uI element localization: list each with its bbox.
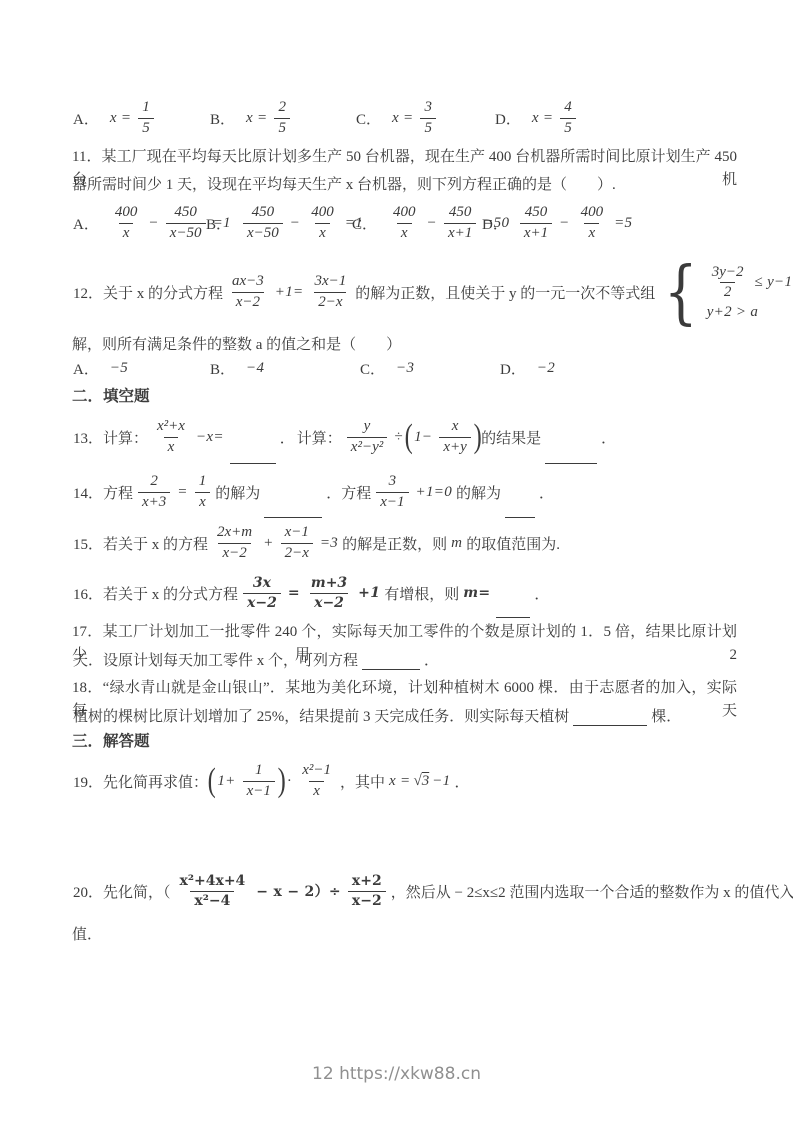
left-parenthesis: (: [404, 422, 412, 453]
minus-operator: −: [287, 215, 303, 232]
fraction-numerator: 400: [577, 203, 608, 223]
fraction-denominator: x²−4: [190, 891, 234, 910]
fraction-numerator: 400: [307, 203, 338, 223]
fraction-denominator: x−50: [243, 223, 283, 244]
system-row-2: y+2 > a: [704, 303, 762, 322]
option-value: −3: [393, 360, 417, 377]
fraction-denominator: x+3: [138, 492, 170, 513]
fraction-numerator: 1: [195, 472, 211, 492]
fraction-denominator: 2−x: [314, 292, 346, 313]
system-row-1: 3y−22 ≤ y−1: [704, 263, 793, 303]
fraction: 400x: [577, 203, 608, 243]
option-label: A．: [73, 108, 99, 129]
option-label: D．: [495, 108, 521, 129]
text-run: 天．设原计划每天加工零件 x 个，可列方程: [72, 649, 359, 670]
text-run: 16．若关于 x 的分式方程: [72, 583, 239, 604]
answer-blank: [362, 654, 420, 670]
option-label: A．: [73, 358, 99, 379]
fraction: 3xx−2: [243, 574, 281, 611]
fraction: 400x: [111, 203, 142, 243]
option-d: D． x = 45: [495, 98, 737, 138]
fraction-numerator: x−1: [281, 523, 313, 543]
fraction-numerator: 450: [445, 203, 476, 223]
math-run: m=: [460, 585, 493, 601]
fraction: yx²−y²: [347, 417, 387, 457]
option-label: A．: [73, 213, 99, 234]
text-run: 的取值范围为.: [465, 533, 561, 554]
text-run: 计算：: [296, 427, 343, 448]
option-label: D．: [500, 358, 526, 379]
fraction-numerator: 3x: [249, 574, 275, 592]
fraction-denominator: x: [164, 437, 179, 458]
radicand: 3: [422, 773, 430, 790]
text-run: 的解是正数，则: [341, 533, 448, 554]
question-15: 15．若关于 x 的方程 2x+mx−2 + x−12−x =3 的解是正数，则…: [72, 517, 737, 569]
option-d: D． 450x+1 − 400x =5: [482, 203, 737, 243]
math-run: ≤ y−1: [751, 273, 793, 292]
fraction-denominator: 5: [420, 118, 436, 139]
text-run: 15．若关于 x 的方程: [72, 533, 209, 554]
fraction: x+2x−2: [348, 872, 386, 909]
option-label: C．: [356, 108, 381, 129]
option-a: A． 400x − 450x−50 =1: [73, 203, 206, 243]
math-run: x =: [107, 110, 134, 127]
math-run: =5: [611, 215, 635, 232]
plus-operator: +: [260, 535, 276, 552]
question-16: 16．若关于 x 的分式方程 3xx−2 = m+3x−2 +1 有增根，则 m…: [72, 568, 737, 618]
question-12-text-line-2: 解，则所有满足条件的整数 a 的值之和是（ ）: [72, 334, 737, 357]
option-c: C． −3: [360, 358, 500, 379]
answer-blank: [230, 448, 276, 464]
question-17-text-line-2: 天．设原计划每天加工零件 x 个，可列方程 ．: [72, 649, 737, 670]
math-run: x =: [529, 110, 556, 127]
fraction-numerator: x: [448, 417, 463, 437]
fraction-numerator: 1: [251, 761, 267, 781]
fraction: 25: [274, 98, 290, 138]
question-12-options-row: A． −5 B． −4 C． −3 D． −2: [73, 356, 737, 380]
fraction: 450x−50: [166, 203, 206, 243]
option-b: B． −4: [210, 358, 360, 379]
text-run: 14．方程: [72, 482, 134, 503]
fraction-denominator: x²−y²: [347, 437, 387, 458]
option-d: D． −2: [500, 358, 737, 379]
fraction-numerator: x²+x: [153, 417, 189, 437]
fraction: 450x−50: [243, 203, 283, 243]
fraction: 2x+3: [138, 472, 170, 512]
math-run: x =: [243, 110, 270, 127]
math-run: +1: [355, 585, 383, 601]
question-14: 14．方程 2x+3 = 1x 的解为 ．方程 3x−1 +1=0 的解为 ．: [72, 466, 737, 518]
fraction-numerator: x+2: [348, 872, 386, 890]
option-c: C． 400x − 450x+1 =50: [352, 203, 482, 243]
fraction-denominator: 5: [274, 118, 290, 139]
text-run: ．: [453, 771, 470, 792]
equals-sign: =: [174, 484, 190, 501]
fraction-denominator: x: [584, 223, 599, 244]
fraction: m+3x−2: [307, 574, 351, 611]
text-run: ．: [600, 427, 617, 448]
system-brace: {: [664, 259, 698, 325]
math-run: +1=0: [413, 484, 455, 501]
fraction-denominator: 2−x: [281, 543, 313, 564]
option-a: A． x = 15: [73, 98, 210, 138]
fraction-numerator: 4: [560, 98, 576, 118]
fraction-numerator: 450: [521, 203, 552, 223]
fraction-numerator: 3y−2: [708, 263, 748, 283]
fraction-numerator: 400: [389, 203, 420, 223]
text-run: ．: [538, 482, 555, 503]
fraction-numerator: 1: [138, 98, 154, 118]
fraction-denominator: x−2: [243, 593, 281, 612]
fraction-denominator: x−1: [376, 492, 408, 513]
math-run: 1−: [411, 429, 435, 446]
text-run: 的结果是: [480, 427, 542, 448]
fraction-numerator: m+3: [307, 574, 351, 592]
text-run: 13．计算：: [72, 427, 149, 448]
fraction-denominator: x+y: [439, 437, 470, 458]
fraction: 45: [560, 98, 576, 138]
text-run: 12．关于 x 的分式方程: [72, 282, 224, 303]
minus-operator: −: [556, 215, 572, 232]
fraction: 450x+1: [444, 203, 476, 243]
fraction-denominator: 2: [720, 282, 736, 303]
answer-blank: [496, 603, 530, 618]
equals-sign: =: [285, 585, 303, 601]
option-value: −2: [534, 360, 558, 377]
option-label: C．: [360, 358, 385, 379]
text-run: ．: [279, 427, 296, 448]
fraction-denominator: x−2: [348, 891, 386, 910]
fraction-numerator: x²+4x+4: [176, 872, 250, 890]
text-run: 的解为正数，且使关于 y 的一元一次不等式组: [354, 282, 656, 303]
fraction-denominator: x: [315, 223, 330, 244]
minus-operator: −: [424, 215, 440, 232]
fraction: 450x+1: [520, 203, 552, 243]
answer-blank: [545, 448, 597, 464]
fraction: 3x−12−x: [310, 272, 350, 312]
text-run: 的解为: [455, 482, 502, 503]
math-run: 1+: [214, 773, 238, 790]
fraction-denominator: x: [119, 223, 134, 244]
fraction: 3x−1: [376, 472, 408, 512]
option-b: B． x = 25: [210, 98, 356, 138]
option-b: B． 450x−50 − 400x =1: [206, 203, 352, 243]
fraction-numerator: 3: [385, 472, 401, 492]
fraction-numerator: y: [360, 417, 375, 437]
text-run: 棵．: [650, 705, 682, 726]
option-a: A． −5: [73, 358, 210, 379]
text-run: 有增根，则: [383, 583, 460, 604]
math-run: =3: [317, 535, 341, 552]
option-c: C． x = 35: [356, 98, 495, 138]
fraction: 1x: [195, 472, 211, 512]
section-heading-fill-in-blank: 二．填空题: [72, 384, 737, 406]
option-label: B．: [210, 108, 235, 129]
worksheet-page: A． x = 15 B． x = 25 C． x = 35 D． x = 45 …: [0, 0, 793, 1122]
math-run: x =: [386, 773, 413, 790]
question-20: 20．先化简，（ x²+4x+4x²−4 − x − 2）÷ x+2x−2 ，然…: [72, 862, 737, 920]
fraction: x²+4x+4x²−4: [176, 872, 250, 909]
fraction: 2x+mx−2: [213, 523, 256, 563]
math-run: −x=: [193, 429, 227, 446]
question-11-options-row: A． 400x − 450x−50 =1 B． 450x−50 − 400x =…: [73, 197, 737, 249]
radical-sign: √: [413, 773, 421, 790]
text-run: ，然后从 − 2≤x≤2 范围内选取一个合适的整数作为 x 的值代入求: [390, 881, 793, 902]
question-13: 13．计算： x²+xx −x= ． 计算： yx²−y² ÷ ( 1− xx+…: [72, 410, 737, 464]
fraction-numerator: ax−3: [228, 272, 268, 292]
fraction-denominator: x: [195, 492, 210, 513]
fraction-denominator: 5: [560, 118, 576, 139]
answer-blank: [505, 502, 535, 518]
left-parenthesis: (: [208, 766, 216, 797]
text-run: ，其中: [339, 771, 386, 792]
minus-operator: −: [145, 215, 161, 232]
fraction-numerator: 2: [146, 472, 162, 492]
fraction: 35: [420, 98, 436, 138]
text-run: 的解为: [214, 482, 261, 503]
math-run: y+2 > a: [704, 303, 762, 322]
fraction-numerator: 2x+m: [213, 523, 256, 543]
fraction-denominator: x−2: [218, 543, 250, 564]
answer-blank: [264, 502, 322, 518]
system-body: 3y−22 ≤ y−1 y+2 > a: [704, 263, 793, 322]
fraction-denominator: x+1: [444, 223, 476, 244]
fraction: x²+xx: [153, 417, 189, 457]
math-run: x =: [389, 110, 416, 127]
question-20-text-line-2: 值．: [72, 924, 737, 947]
right-parenthesis: ): [277, 766, 285, 797]
fraction-numerator: 2: [274, 98, 290, 118]
fraction: xx+y: [439, 417, 470, 457]
fraction-denominator: x: [397, 223, 412, 244]
fraction-numerator: 450: [170, 203, 201, 223]
question-12-text-line-1: 12．关于 x 的分式方程 ax−3x−2 +1= 3x−12−x 的解为正数，…: [72, 252, 737, 332]
fraction: ax−3x−2: [228, 272, 268, 312]
fraction-numerator: x²−1: [298, 761, 335, 781]
fraction-denominator: x+1: [520, 223, 552, 244]
question-18-text-line-2: 植树的棵树比原计划增加了 25%，结果提前 3 天完成任务．则实际每天植树 棵．: [72, 705, 737, 726]
right-parenthesis: ): [473, 422, 481, 453]
math-run: +1=: [272, 284, 307, 301]
text-run: ．: [423, 649, 440, 670]
fraction-denominator: x−50: [166, 223, 206, 244]
text-run: 20．先化简，（: [72, 881, 172, 902]
option-label: B．: [206, 213, 231, 234]
footer-page-number-and-url: 12 https://xkw88.cn: [0, 1064, 793, 1084]
fraction: x²−1x: [298, 761, 335, 801]
fraction: 400x: [389, 203, 420, 243]
fraction-denominator: x−2: [310, 593, 348, 612]
fraction: 400x: [307, 203, 338, 243]
fraction: x−12−x: [281, 523, 313, 563]
text-run: ．方程: [325, 482, 372, 503]
fraction-numerator: 3x−1: [310, 272, 350, 292]
option-value: −4: [243, 360, 267, 377]
question-10-options-row: A． x = 15 B． x = 25 C． x = 35 D． x = 45: [73, 93, 737, 143]
option-label: C．: [352, 213, 377, 234]
option-value: −5: [107, 360, 131, 377]
fraction: 15: [138, 98, 154, 138]
question-11-text-line-2: 器所需时间少 1 天，设现在平均每天生产 x 台机器，则下列方程正确的是（ ）.: [72, 174, 737, 197]
math-run: −1: [429, 773, 453, 790]
text-run: 植树的棵树比原计划增加了 25%，结果提前 3 天完成任务．则实际每天植树: [72, 705, 570, 726]
option-label: B．: [210, 358, 235, 379]
fraction-denominator: x−1: [243, 781, 275, 802]
fraction-numerator: 400: [111, 203, 142, 223]
option-label: D．: [482, 213, 508, 234]
question-19: 19．先化简再求值： ( 1+ 1x−1 ) · x²−1x ，其中 x = √…: [72, 755, 737, 807]
section-heading-solve: 三．解答题: [72, 729, 737, 751]
text-run: 19．先化简再求值：: [72, 771, 209, 792]
fraction: 3y−22: [708, 263, 748, 303]
fraction-denominator: 5: [138, 118, 154, 139]
inequality-system: { 3y−22 ≤ y−1 y+2 > a: [661, 263, 793, 322]
math-run: − x − 2）÷: [253, 881, 344, 901]
fraction-denominator: x−2: [232, 292, 264, 313]
text-run: ．: [533, 583, 550, 604]
fraction: 1x−1: [243, 761, 275, 801]
answer-blank: [573, 710, 647, 726]
fraction-numerator: 3: [420, 98, 436, 118]
fraction-denominator: x: [309, 781, 324, 802]
variable-m: m: [448, 535, 465, 552]
fraction-numerator: 450: [248, 203, 279, 223]
